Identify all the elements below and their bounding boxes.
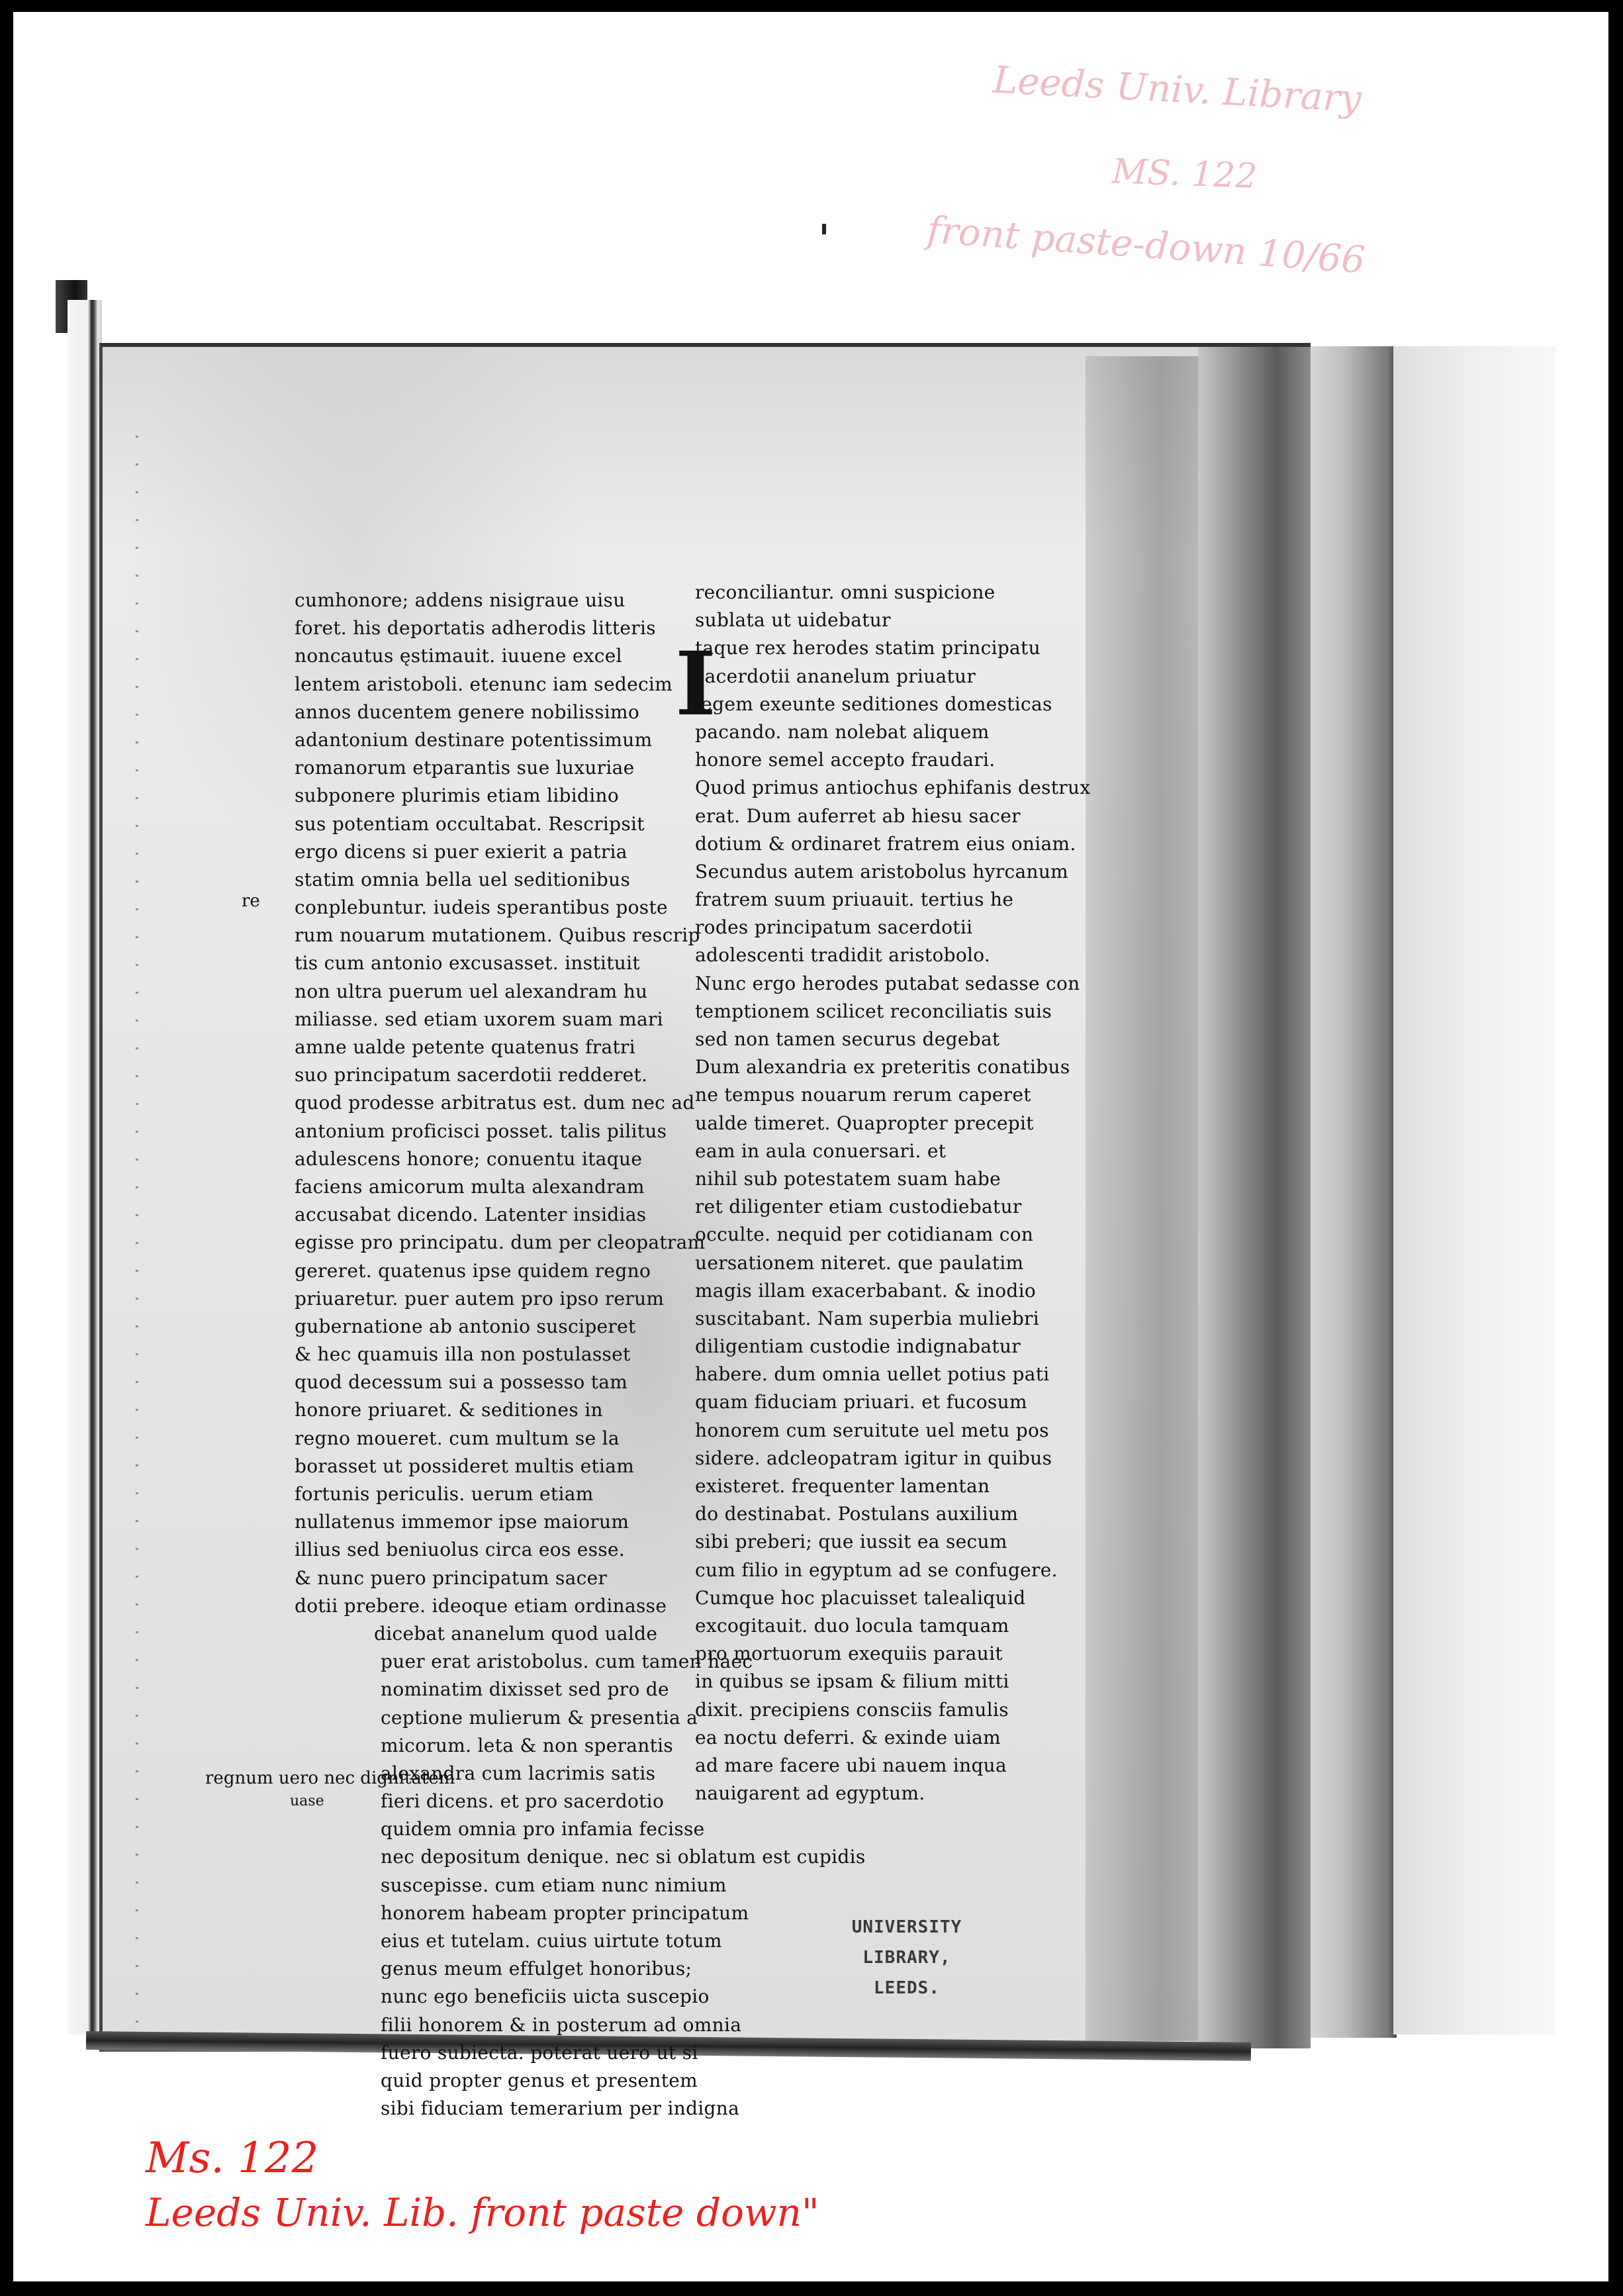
manuscript-line: fieri dicens. et pro sacerdotio xyxy=(295,1788,685,1815)
manuscript-line: sidere. adcleopatram igitur in quibus xyxy=(695,1445,1125,1472)
manuscript-line: nullatenus immemor ipse maiorum xyxy=(295,1508,685,1536)
margin-note: uase xyxy=(290,1793,324,1809)
stamp-line: LIBRARY, xyxy=(844,1942,970,1973)
manuscript-line: antonium proficisci posset. talis pilitu… xyxy=(295,1118,685,1145)
manuscript-line: egisse pro principatu. dum per cleopatra… xyxy=(295,1229,685,1257)
manuscript-line: excogitauit. duo locula tamquam xyxy=(695,1612,1125,1640)
manuscript-line: temptionem scilicet reconciliatis suis xyxy=(695,998,1125,1026)
manuscript-line: gubernatione ab antonio susciperet xyxy=(295,1313,685,1341)
photo-sheet: Leeds Univ. Library MS. 122 front paste-… xyxy=(13,12,1608,2281)
manuscript-line: nauigarent ad egyptum. xyxy=(695,1780,1125,1807)
library-stamp: UNIVERSITY LIBRARY, LEEDS. xyxy=(844,1912,970,2003)
manuscript-line: occulte. nequid per cotidianam con xyxy=(695,1221,1125,1249)
manuscript-line: illius sed beniuolus circa eos esse. xyxy=(295,1536,685,1564)
manuscript-line: non ultra puerum uel alexandram hu xyxy=(295,978,685,1006)
manuscript-line: & hec quamuis illa non postulasset xyxy=(295,1341,685,1368)
ink-mark xyxy=(822,224,826,234)
manuscript-line: dicebat ananelum quod ualde xyxy=(295,1620,685,1648)
manuscript-line: nec depositum denique. nec si oblatum es… xyxy=(295,1843,685,1871)
manuscript-line: adulescens honore; conuentu itaque xyxy=(295,1145,685,1173)
manuscript-line: nominatim dixisset sed pro de xyxy=(295,1676,685,1703)
manuscript-line: cum filio in egyptum ad se confugere. xyxy=(695,1556,1125,1584)
manuscript-line: rodes principatum sacerdotii xyxy=(695,914,1125,941)
manuscript-line: filii honorem & in posterum ad omnia xyxy=(295,2011,685,2039)
manuscript-line: Nunc ergo herodes putabat sedasse con xyxy=(695,970,1125,998)
manuscript-line: sed non tamen securus degebat xyxy=(695,1026,1125,1053)
manuscript-line: foret. his deportatis adherodis litteris xyxy=(295,614,685,642)
manuscript-line: fratrem suum priuauit. tertius he xyxy=(695,886,1125,914)
manuscript-line: dixit. precipiens consciis famulis xyxy=(695,1696,1125,1724)
manuscript-line: borasset ut possideret multis etiam xyxy=(295,1453,685,1480)
front-board-edge xyxy=(68,300,102,2034)
binding-spine xyxy=(1311,346,1397,2038)
manuscript-line: ergo dicens si puer exierit a patria xyxy=(295,838,685,866)
manuscript-line: ceptione mulierum & presentia a xyxy=(295,1704,685,1732)
manuscript-line: sibi fiduciam temerarium per indigna xyxy=(295,2095,685,2123)
manuscript-line: honorem cum seruitute uel metu pos xyxy=(695,1417,1125,1445)
manuscript-line: accusabat dicendo. Latenter insidias xyxy=(295,1201,685,1229)
stamp-line: LEEDS. xyxy=(844,1973,970,2003)
manuscript-line: adolescenti tradidit aristobolo. xyxy=(695,941,1125,969)
manuscript-line: ne tempus nouarum rerum caperet xyxy=(695,1081,1125,1109)
binding-gutter xyxy=(1198,343,1311,2048)
pricking-marks xyxy=(136,436,138,2025)
manuscript-line: priuaretur. puer autem pro ipso rerum xyxy=(295,1285,685,1313)
text-column-right: reconciliantur. omni suspicionesublata u… xyxy=(695,579,1125,1807)
manuscript-line: genus meum effulget honoribus; xyxy=(295,1955,685,1983)
manuscript-line: magis illam exacerbabant. & inodio xyxy=(695,1277,1125,1305)
manuscript-line: eius et tutelam. cuius uirtute totum xyxy=(295,1927,685,1955)
manuscript-line: pacando. nam nolebat aliquem xyxy=(695,718,1125,746)
manuscript-line: puer erat aristobolus. cum tamen haec xyxy=(295,1648,685,1676)
manuscript-line: Quod primus antiochus ephifanis destrux xyxy=(695,774,1125,802)
pencil-note-library: Leeds Univ. Library xyxy=(992,58,1363,120)
manuscript-line: Cumque hoc placuisset talealiquid xyxy=(695,1584,1125,1612)
manuscript-line: Dum alexandria ex preteritis conatibus xyxy=(695,1053,1125,1081)
manuscript-line: honore priuaret. & seditiones in xyxy=(295,1396,685,1424)
manuscript-line: reconciliantur. omni suspicione xyxy=(695,579,1125,606)
manuscript-line: tis cum antonio excusasset. instituit xyxy=(295,949,685,977)
manuscript-line: habere. dum omnia uellet potius pati xyxy=(695,1361,1125,1388)
manuscript-line: Secundus autem aristobolus hyrcanum xyxy=(695,858,1125,886)
margin-note: regnum uero nec dignitatem xyxy=(205,1768,455,1788)
manuscript-line: romanorum etparantis sue luxuriae xyxy=(295,754,685,782)
margin-note: re xyxy=(242,891,260,911)
manuscript-line: fuero subiecta. poterat uero ut si xyxy=(295,2039,685,2067)
manuscript-line: ualde timeret. Quapropter precepit xyxy=(695,1110,1125,1137)
manuscript-line: nihil sub potestatem suam habe xyxy=(695,1165,1125,1193)
manuscript-line: suscitabant. Nam superbia muliebri xyxy=(695,1305,1125,1333)
manuscript-line: rum nouarum mutationem. Quibus rescrip xyxy=(295,922,685,949)
manuscript-line: sublata ut uidebatur xyxy=(695,606,1125,634)
manuscript-line: miliasse. sed etiam uxorem suam mari xyxy=(295,1006,685,1033)
manuscript-line: diligentiam custodie indignabatur xyxy=(695,1333,1125,1361)
manuscript-line: sus potentiam occultabat. Rescripsit xyxy=(295,810,685,838)
manuscript-line: gereret. quatenus ipse quidem regno xyxy=(295,1257,685,1285)
caption-shelfmark: Ms. 122 xyxy=(146,2134,318,2183)
manuscript-line: do destinabat. Postulans auxilium xyxy=(695,1500,1125,1528)
manuscript-line: erat. Dum auferret ab hiesu sacer xyxy=(695,802,1125,830)
manuscript-line: subponere plurimis etiam libidino xyxy=(295,782,685,810)
manuscript-line: quod prodesse arbitratus est. dum nec ad xyxy=(295,1089,685,1117)
manuscript-line: dotium & ordinaret fratrem eius oniam. xyxy=(695,830,1125,858)
manuscript-line: lentem aristoboli. etenunc iam sedecim xyxy=(295,671,685,698)
manuscript-line: eam in aula conuersari. et xyxy=(695,1137,1125,1165)
manuscript-line: in quibus se ipsam & filium mitti xyxy=(695,1668,1125,1696)
manuscript-line: dotii prebere. ideoque etiam ordinasse xyxy=(295,1592,685,1620)
manuscript-line: faciens amicorum multa alexandram xyxy=(295,1173,685,1201)
manuscript-line: quam fiduciam priuari. et fucosum xyxy=(695,1388,1125,1416)
manuscript-line: pro mortuorum exequiis parauit xyxy=(695,1640,1125,1668)
manuscript-line: statim omnia bella uel seditionibus xyxy=(295,866,685,894)
manuscript-line: quidem omnia pro infamia fecisse xyxy=(295,1815,685,1843)
manuscript-line: suscepisse. cum etiam nunc nimium xyxy=(295,1872,685,1899)
manuscript-line: amne ualde petente quatenus fratri xyxy=(295,1033,685,1061)
manuscript-line: regno moueret. cum multum se la xyxy=(295,1425,685,1453)
manuscript-line: taque rex herodes statim principatu xyxy=(695,634,1125,662)
manuscript-line: existeret. frequenter lamentan xyxy=(695,1472,1125,1500)
pencil-note-ms-number: MS. 122 xyxy=(1111,152,1258,197)
manuscript-line: quid propter genus et presentem xyxy=(295,2067,685,2095)
text-column-left: cumhonore; addens nisigraue uisuforet. h… xyxy=(295,587,685,2123)
manuscript-line: honore semel accepto fraudari. xyxy=(695,746,1125,774)
manuscript-line: noncautus ęstimauit. iuuene excel xyxy=(295,642,685,670)
manuscript-line: uersationem niteret. que paulatim xyxy=(695,1249,1125,1277)
manuscript-line: quod decessum sui a possesso tam xyxy=(295,1368,685,1396)
pencil-note-location: front paste-down 10/66 xyxy=(926,209,1367,282)
manuscript-line: sacerdotii ananelum priuatur xyxy=(695,663,1125,691)
manuscript-line: adantonium destinare potentissimum xyxy=(295,726,685,754)
manuscript-line: ret diligenter etiam custodiebatur xyxy=(695,1193,1125,1221)
manuscript-line: cumhonore; addens nisigraue uisu xyxy=(295,587,685,614)
manuscript-line: conplebuntur. iudeis sperantibus poste xyxy=(295,894,685,922)
stamp-line: UNIVERSITY xyxy=(844,1912,970,1942)
manuscript-line: honorem habeam propter principatum xyxy=(295,1899,685,1927)
decorated-initial: I xyxy=(675,641,716,728)
manuscript-line: fortunis periculis. uerum etiam xyxy=(295,1480,685,1508)
manuscript-line: ad mare facere ubi nauem inqua xyxy=(695,1752,1125,1780)
caption-description: Leeds Univ. Lib. front paste down" xyxy=(146,2190,819,2235)
manuscript-line: & nunc puero principatum sacer xyxy=(295,1564,685,1592)
manuscript-line: micorum. leta & non sperantis xyxy=(295,1732,685,1760)
manuscript-line: annos ducentem genere nobilissimo xyxy=(295,698,685,726)
manuscript-line: legem exeunte seditiones domesticas xyxy=(695,691,1125,718)
manuscript-line: sibi preberi; que iussit ea secum xyxy=(695,1528,1125,1556)
manuscript-line: nunc ego beneficiis uicta suscepio xyxy=(295,1983,685,2011)
manuscript-line: suo principatum sacerdotii redderet. xyxy=(295,1061,685,1089)
flyleaf xyxy=(1393,346,1555,2034)
manuscript-line: ea noctu deferri. & exinde uiam xyxy=(695,1724,1125,1752)
